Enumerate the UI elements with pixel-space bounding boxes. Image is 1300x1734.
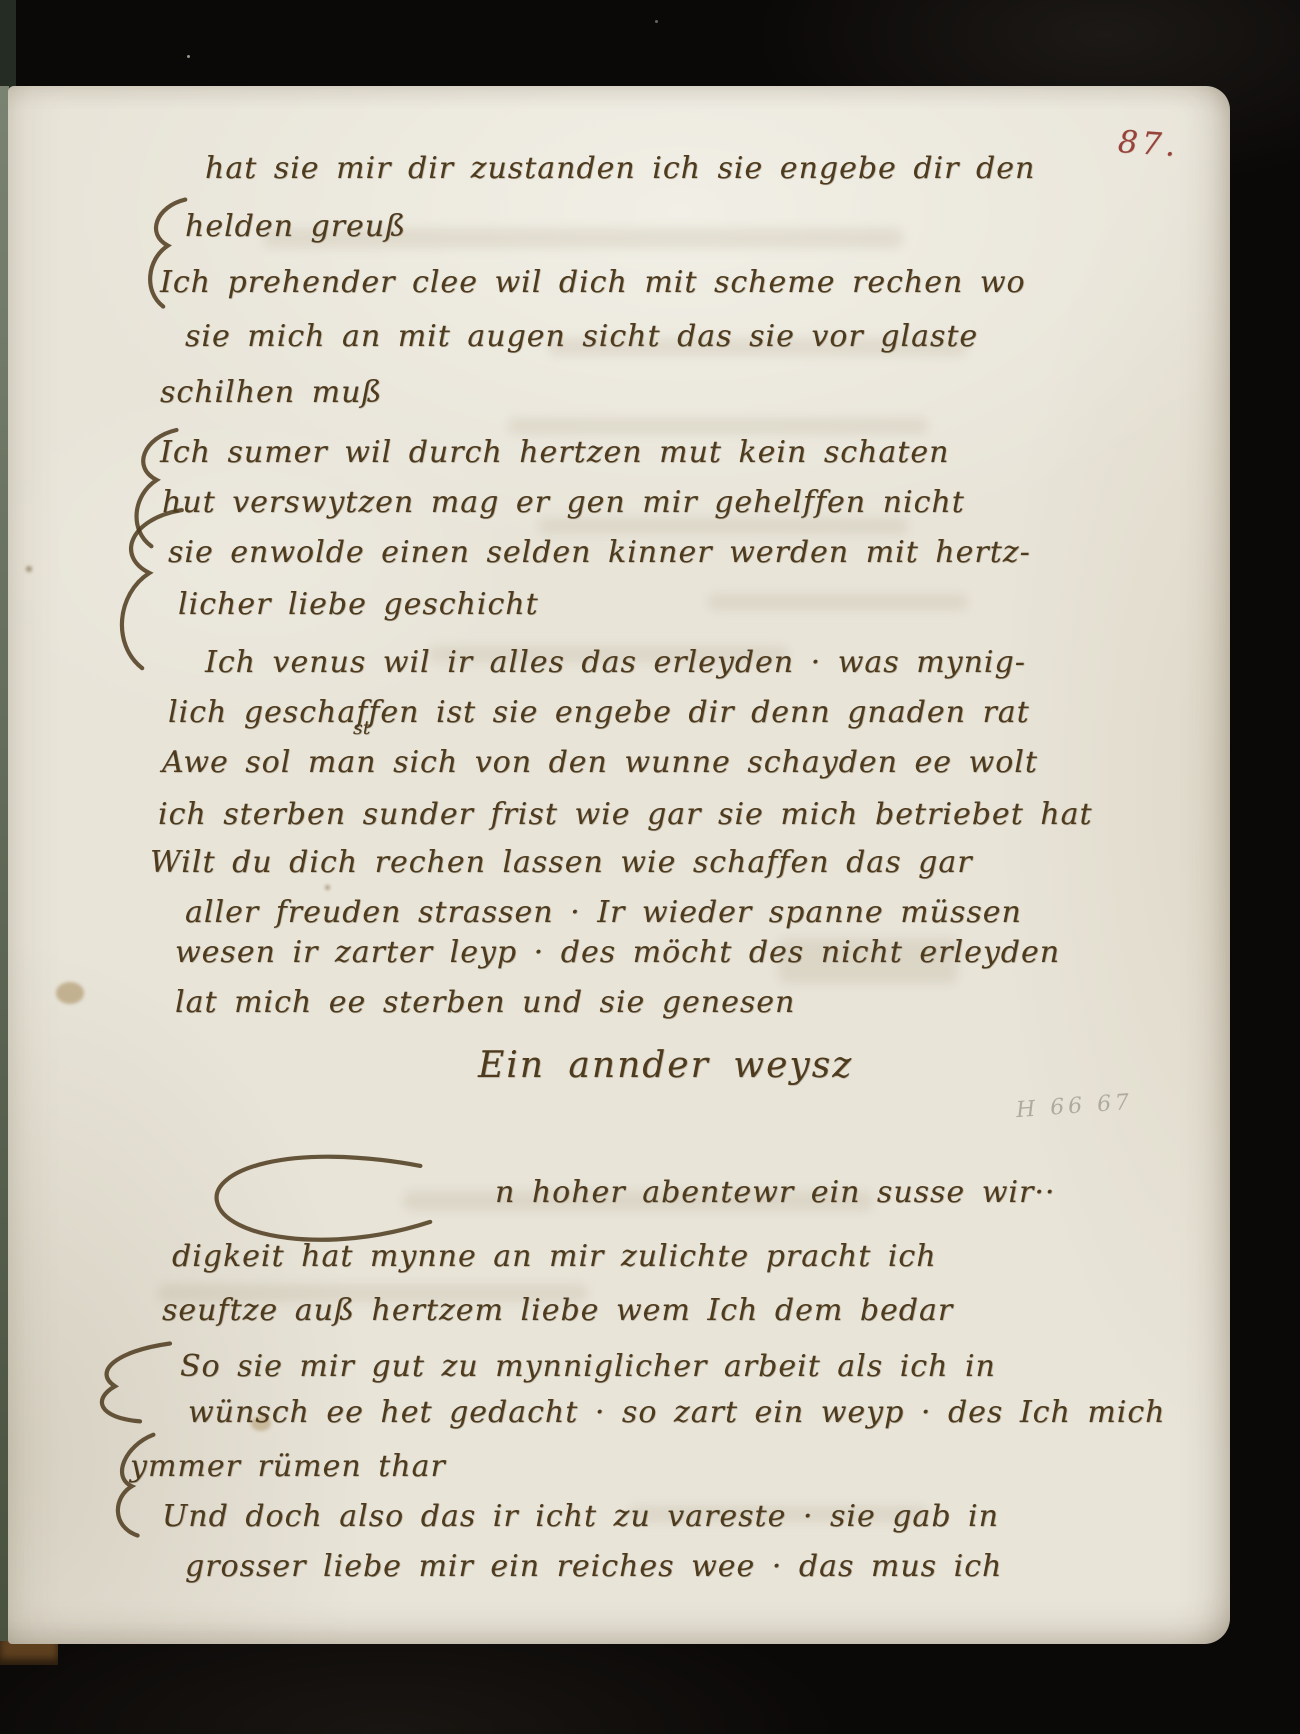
manuscript-line: ymmer rümen thar [130, 1450, 446, 1483]
pencil-note: H 66 67 [1015, 1090, 1134, 1123]
manuscript-page: 87. H 66 67 hat sie mir dir zustanden ic… [8, 86, 1230, 1644]
manuscript-line: hut verswytzen mag er gen mir gehelffen … [162, 486, 965, 519]
binding-cloth-corner [0, 0, 16, 92]
manuscript-line: lat mich ee sterben und sie genesen [175, 986, 795, 1019]
manuscript-line: wünsch ee het gedacht · so zart ein weyp… [188, 1396, 1166, 1429]
initial-flourish [85, 1334, 185, 1429]
dust-speck [655, 20, 658, 23]
manuscript-line: Awe sol man sich von den wunne schayden … [162, 746, 1038, 779]
manuscript-line: wesen ir zarter leyp · des möcht des nic… [175, 936, 1060, 969]
dust-speck [187, 55, 190, 58]
manuscript-photo: { "manuscript": { "folio_number": "87.",… [0, 0, 1300, 1734]
manuscript-line: n hoher abentewr ein susse wir·· [495, 1176, 1055, 1209]
manuscript-line: grosser liebe mir ein reiches wee · das … [185, 1550, 1002, 1583]
show-through [708, 594, 968, 610]
manuscript-line: sie enwolde einen selden kinner werden m… [168, 536, 1031, 569]
manuscript-line: aller freuden strassen · Ir wieder spann… [185, 896, 1022, 929]
manuscript-line: ich sterben sunder frist wie gar sie mic… [158, 798, 1093, 831]
manuscript-line: Wilt du dich rechen lassen wie schaffen … [150, 846, 973, 879]
interlinear-correction: st [353, 718, 370, 739]
manuscript-line: So sie mir gut zu mynniglicher arbeit al… [180, 1350, 996, 1383]
show-through [508, 418, 928, 434]
section-heading: Ein annder weysz [478, 1046, 853, 1086]
manuscript-line: licher liebe geschicht [178, 588, 539, 621]
manuscript-line: Und doch also das ir icht zu vareste · s… [162, 1500, 999, 1533]
manuscript-line: seuftze auß hertzem liebe wem Ich dem be… [162, 1294, 953, 1327]
manuscript-line: helden greuß [185, 210, 406, 243]
ink-stain [56, 982, 84, 1004]
folio-number: 87. [1117, 124, 1181, 164]
manuscript-line: lich geschaffen ist sie engebe dir denn … [168, 696, 1030, 729]
manuscript-line: Ich sumer wil durch hertzen mut kein sch… [160, 436, 949, 469]
manuscript-line: hat sie mir dir zustanden ich sie engebe… [205, 152, 1035, 185]
manuscript-line: sie mich an mit augen sicht das sie vor … [185, 320, 978, 353]
manuscript-line: schilhen muß [160, 376, 382, 409]
ink-stain [26, 566, 32, 572]
manuscript-line: Ich prehender clee wil dich mit scheme r… [160, 266, 1026, 299]
manuscript-line: digkeit hat mynne an mir zulichte pracht… [172, 1240, 937, 1273]
manuscript-line: Ich venus wil ir alles das erleyden · wa… [205, 646, 1026, 679]
ink-stain [325, 885, 330, 890]
binding-edge [0, 1641, 58, 1665]
show-through [538, 518, 908, 534]
